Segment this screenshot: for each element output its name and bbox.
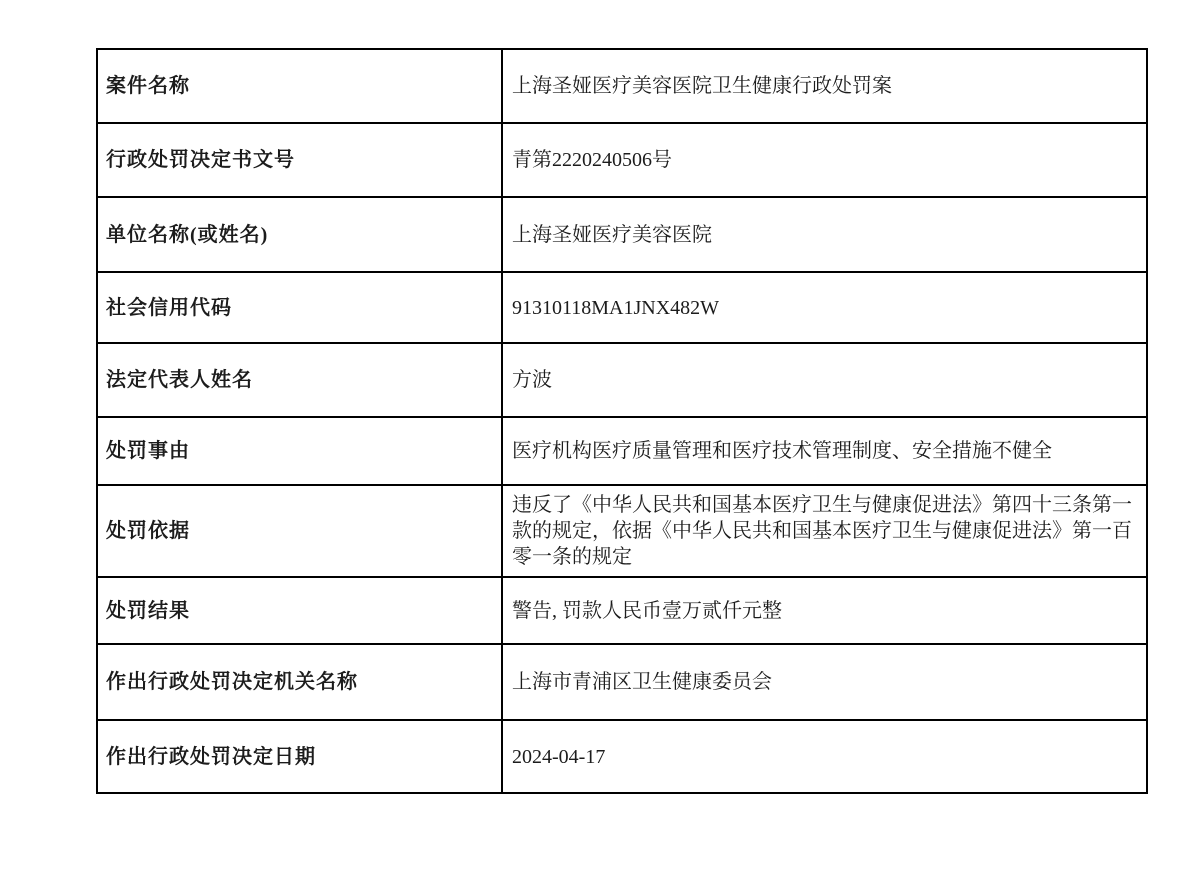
row-label: 行政处罚决定书文号	[98, 124, 503, 196]
row-label: 处罚依据	[98, 486, 503, 576]
row-label: 案件名称	[98, 50, 503, 122]
page: 案件名称 上海圣娅医疗美容医院卫生健康行政处罚案 行政处罚决定书文号 青第222…	[0, 0, 1200, 876]
table-row: 社会信用代码 91310118MA1JNX482W	[98, 273, 1146, 344]
table-row: 作出行政处罚决定机关名称 上海市青浦区卫生健康委员会	[98, 645, 1146, 721]
row-value: 上海圣娅医疗美容医院	[503, 198, 1146, 271]
table-row: 作出行政处罚决定日期 2024-04-17	[98, 721, 1146, 792]
penalty-table: 案件名称 上海圣娅医疗美容医院卫生健康行政处罚案 行政处罚决定书文号 青第222…	[96, 48, 1148, 794]
row-value: 医疗机构医疗质量管理和医疗技术管理制度、安全措施不健全	[503, 418, 1146, 484]
row-value: 91310118MA1JNX482W	[503, 273, 1146, 342]
table-row: 处罚结果 警告, 罚款人民币壹万贰仟元整	[98, 578, 1146, 645]
row-value: 警告, 罚款人民币壹万贰仟元整	[503, 578, 1146, 643]
row-value: 青第2220240506号	[503, 124, 1146, 196]
table-row: 行政处罚决定书文号 青第2220240506号	[98, 124, 1146, 198]
row-value: 上海圣娅医疗美容医院卫生健康行政处罚案	[503, 50, 1146, 122]
row-value: 方波	[503, 344, 1146, 416]
table-row: 处罚事由 医疗机构医疗质量管理和医疗技术管理制度、安全措施不健全	[98, 418, 1146, 486]
row-label: 作出行政处罚决定日期	[98, 721, 503, 792]
table-row: 法定代表人姓名 方波	[98, 344, 1146, 418]
row-value: 上海市青浦区卫生健康委员会	[503, 645, 1146, 719]
table-row: 处罚依据 违反了《中华人民共和国基本医疗卫生与健康促进法》第四十三条第一款的规定…	[98, 486, 1146, 578]
row-value: 违反了《中华人民共和国基本医疗卫生与健康促进法》第四十三条第一款的规定，依据《中…	[503, 486, 1146, 576]
row-label: 处罚事由	[98, 418, 503, 484]
row-label: 法定代表人姓名	[98, 344, 503, 416]
row-label: 社会信用代码	[98, 273, 503, 342]
table-row: 案件名称 上海圣娅医疗美容医院卫生健康行政处罚案	[98, 50, 1146, 124]
row-value: 2024-04-17	[503, 721, 1146, 792]
row-label: 处罚结果	[98, 578, 503, 643]
table-row: 单位名称(或姓名) 上海圣娅医疗美容医院	[98, 198, 1146, 273]
row-label: 单位名称(或姓名)	[98, 198, 503, 271]
row-label: 作出行政处罚决定机关名称	[98, 645, 503, 719]
